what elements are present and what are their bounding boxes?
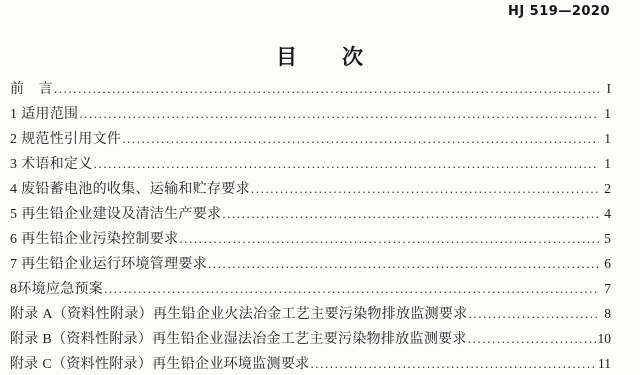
toc-entry-4: 4 废铅蓄电池的收集、运输和贮存要求 2 [10,176,611,201]
toc-entry-1: 1 适用范围 1 [10,101,611,126]
toc-entry-page: 1 [601,101,611,126]
toc-entry-5: 5 再生铅企业建设及清洁生产要求 4 [10,201,611,226]
toc-entry-page: 11 [598,351,611,375]
dot-leader [251,176,599,201]
toc-entry-text: 5 再生铅企业建设及清洁生产要求 [10,202,221,227]
toc-entry-2: 2 规范性引用文件 1 [10,126,611,151]
toc-entry-7: 7 再生铅企业运行环境管理要求 6 [10,251,611,276]
toc-entry-page: 1 [601,126,611,151]
toc-entry-page: 1 [601,151,611,176]
toc-entry-page: 2 [601,176,611,201]
doc-number: HJ 519—2020 [508,4,610,19]
toc-entry-text: 前 言 [10,77,53,102]
toc-entry-appendix-a: 附录 A（资料性附录）再生铅企业火法冶金工艺主要污染物排放监测要求 8 [10,301,611,326]
page-title: 目 次 [0,41,640,71]
toc-entry-text: 附录 A（资料性附录）再生铅企业火法冶金工艺主要污染物排放监测要求 [10,302,468,327]
dot-leader [469,301,599,326]
toc-entry-text: 7 再生铅企业运行环境管理要求 [10,252,207,277]
toc-entry-text: 2 规范性引用文件 [10,127,121,152]
dot-leader [104,276,599,301]
toc-entry-page: 7 [601,276,611,301]
document-page: HJ 519—2020 目 次 前 言 I 1 适用范围 1 2 规范性引用文件… [0,0,640,375]
toc-entry-page: 10 [598,326,612,351]
toc-entry-text: 6 再生铅企业污染控制要求 [10,227,178,252]
dot-leader [122,126,599,151]
table-of-contents: 前 言 I 1 适用范围 1 2 规范性引用文件 1 3 术语和定义 1 4 废… [10,76,611,375]
dot-leader [468,326,596,351]
dot-leader [79,101,599,126]
toc-entry-8: 8环境应急预案 7 [10,276,611,301]
toc-entry-text: 附录 C（资料性附录）再生铅企业环境监测要求 [10,352,309,375]
toc-entry-3: 3 术语和定义 1 [10,151,611,176]
toc-entry-page: I [601,76,611,101]
toc-entry-text: 4 废铅蓄电池的收集、运输和贮存要求 [10,177,250,202]
dot-leader [179,226,599,251]
toc-entry-text: 1 适用范围 [10,102,78,127]
toc-entry-page: 6 [601,251,611,276]
dot-leader [208,251,599,276]
toc-entry-foreword: 前 言 I [10,76,611,101]
toc-entry-appendix-c: 附录 C（资料性附录）再生铅企业环境监测要求 11 [10,351,611,375]
dot-leader [222,201,599,226]
dot-leader [310,351,596,375]
toc-entry-appendix-b: 附录 B（资料性附录）再生铅企业湿法冶金工艺主要污染物排放监测要求 10 [10,326,611,351]
dot-leader [54,76,599,101]
toc-entry-page: 4 [601,201,611,226]
toc-entry-page: 5 [601,226,611,251]
toc-entry-text: 3 术语和定义 [10,152,93,177]
toc-entry-page: 8 [601,301,611,326]
toc-entry-text: 8环境应急预案 [10,277,103,302]
toc-entry-text: 附录 B（资料性附录）再生铅企业湿法冶金工艺主要污染物排放监测要求 [10,327,467,352]
toc-entry-6: 6 再生铅企业污染控制要求 5 [10,226,611,251]
dot-leader [94,151,599,176]
